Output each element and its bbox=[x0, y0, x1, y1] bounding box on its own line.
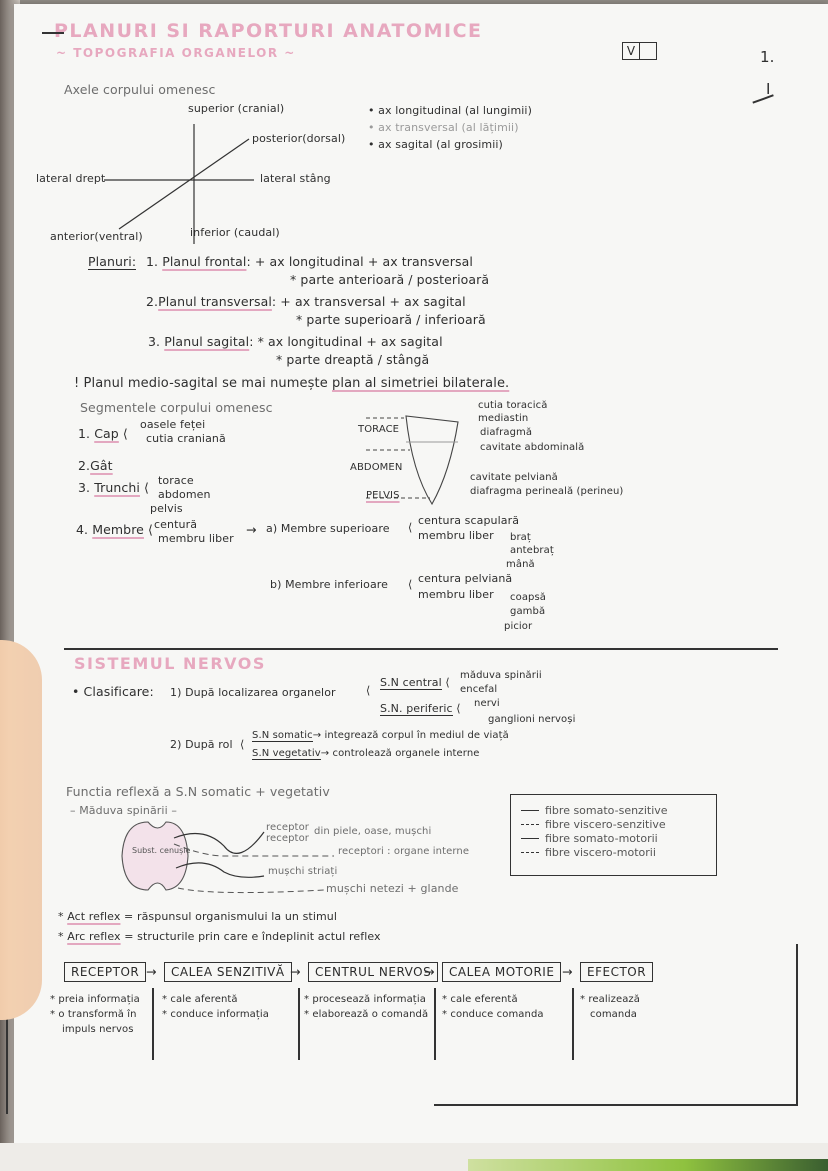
plane-3-name: Planul sagital bbox=[164, 334, 249, 349]
cns-part: encefal bbox=[460, 684, 497, 695]
trunk-label: cutia toracică bbox=[478, 400, 547, 411]
lower-limb-part: picior bbox=[504, 621, 532, 632]
check-box-cell-1: V bbox=[622, 42, 640, 60]
arc-arrow: → bbox=[562, 964, 573, 979]
plane-1-name: Planul frontal bbox=[162, 254, 246, 269]
arc-notes-effector: * realizează comanda bbox=[580, 992, 640, 1022]
somatic-ns: S.N somatic→ integrează corpul în mediul… bbox=[252, 730, 509, 741]
lower-limbs-label: b) Membre inferioare bbox=[270, 578, 388, 591]
axis-label-lateral-left: lateral stâng bbox=[260, 172, 331, 185]
upper-limb-part: mână bbox=[506, 559, 535, 570]
arc-step-sensory: CALEA SENZITIVĂ bbox=[164, 962, 292, 982]
plane-1-note: * parte anterioară / posterioară bbox=[290, 272, 489, 287]
brace: ⟨ bbox=[240, 738, 244, 751]
frame-bottom bbox=[434, 1104, 798, 1106]
segment-membre-child: membru liber bbox=[158, 532, 234, 545]
segment-membre: 4. Membre ⟨ bbox=[76, 522, 153, 537]
plane-2-note: * parte superioară / inferioară bbox=[296, 312, 486, 327]
segment-cap-child: oasele feței bbox=[140, 418, 205, 431]
segment-trunchi-child: abdomen bbox=[158, 488, 211, 501]
visceral-receptors: receptori : organe interne bbox=[338, 846, 469, 857]
arc-arrow: → bbox=[290, 964, 301, 979]
lower-limb-part: coapsă bbox=[510, 592, 546, 603]
trunk-label: diafragmă bbox=[480, 427, 532, 438]
axis-item: • ax longitudinal (al lungimii) bbox=[368, 102, 532, 119]
medio-sagittal-note: ! Planul medio-sagital se mai numește pl… bbox=[74, 376, 509, 391]
brace: ⟨ bbox=[366, 684, 370, 697]
arc-divider bbox=[434, 988, 436, 1060]
notebook-page: PLANURI SI RAPORTURI ANATOMICE ~ TOPOGRA… bbox=[14, 4, 828, 1144]
reflex-heading: Functia reflexă a S.N somatic + vegetati… bbox=[66, 784, 330, 799]
plane-1: 1. Planul frontal: + ax longitudinal + a… bbox=[146, 254, 473, 269]
trunk-label: cavitate abdominală bbox=[480, 442, 584, 453]
axis-label-superior: superior (cranial) bbox=[188, 102, 284, 115]
thumb bbox=[0, 640, 42, 1020]
arc-arrow: → bbox=[424, 964, 435, 979]
upper-limb-part: braț bbox=[510, 532, 531, 543]
arc-notes-sensory: * cale aferentă * conduce informația bbox=[162, 992, 269, 1022]
upper-free-limb: membru liber bbox=[418, 529, 494, 542]
legend-item: fibre viscero-motorii bbox=[511, 845, 716, 859]
arc-divider bbox=[152, 988, 154, 1060]
planes-label: Planuri: bbox=[88, 254, 136, 269]
segment-cap-child: cutia craniană bbox=[146, 432, 226, 445]
segment-trunchi-child: torace bbox=[158, 474, 194, 487]
by-location-label: 1) După localizarea organelor bbox=[170, 686, 336, 699]
by-role-label: 2) După rol bbox=[170, 738, 233, 751]
arc-notes-center: * procesează informația * elaborează o c… bbox=[304, 992, 428, 1022]
axis-label-posterior: posterior(dorsal) bbox=[252, 132, 345, 145]
frame-right bbox=[796, 944, 798, 1104]
arc-divider bbox=[298, 988, 300, 1060]
arc-step-center: CENTRUL NERVOS bbox=[308, 962, 438, 982]
lower-free-limb: membru liber bbox=[418, 588, 494, 601]
striated-muscle: mușchi striați bbox=[268, 866, 337, 877]
segment-cap: 1. Cap ⟨ bbox=[78, 426, 128, 441]
upper-limb-part: antebraț bbox=[510, 545, 554, 556]
segment-gat: 2.Gât bbox=[78, 458, 113, 473]
vegetative-ns: S.N vegetativ→ controlează organele inte… bbox=[252, 748, 480, 759]
plane-2-name: Planul transversal bbox=[158, 294, 272, 309]
axis-label-lateral-right: lateral drept bbox=[36, 172, 105, 185]
nervous-system-title: SISTEMUL NERVOS bbox=[74, 654, 266, 673]
trunk-label: diafragma perineală (perineu) bbox=[470, 486, 623, 497]
upper-limbs-label: a) Membre superioare bbox=[266, 522, 390, 535]
pns-label: S.N. periferic ⟨ bbox=[380, 702, 461, 715]
smooth-muscle: mușchi netezi + glande bbox=[326, 882, 459, 895]
check-box-cell-2 bbox=[640, 42, 657, 60]
legend-item: fibre viscero-senzitive bbox=[511, 817, 716, 831]
pns-part: nervi bbox=[474, 698, 500, 709]
numeral-underline bbox=[752, 94, 773, 103]
title-dash bbox=[42, 32, 64, 34]
arc-arrow: → bbox=[146, 964, 157, 979]
axis-item: • ax transversal (al lățimii) bbox=[368, 119, 532, 136]
receptor-label: receptor bbox=[266, 833, 309, 844]
classification-label: • Clasificare: bbox=[72, 684, 154, 699]
trunk-region: ABDOMEN bbox=[350, 462, 402, 473]
axis-item: • ax sagital (al grosimii) bbox=[368, 136, 532, 153]
axis-label-inferior: inferior (caudal) bbox=[190, 226, 280, 239]
legend-item: fibre somato-motorii bbox=[511, 831, 716, 845]
receptor-source: din piele, oase, mușchi bbox=[314, 826, 431, 837]
definition-arc-reflex: * Arc reflex = structurile prin care e î… bbox=[58, 930, 381, 943]
axes-list: • ax longitudinal (al lungimii) • ax tra… bbox=[368, 102, 532, 153]
section-divider bbox=[64, 648, 778, 650]
lower-girdle: centura pelviană bbox=[418, 572, 512, 585]
check-box: V bbox=[622, 42, 657, 60]
plane-3-note: * parte dreaptă / stângă bbox=[276, 352, 429, 367]
upper-girdle: centura scapulară bbox=[418, 514, 519, 527]
cns-part: măduva spinării bbox=[460, 670, 542, 681]
arc-step-receptor: RECEPTOR bbox=[64, 962, 146, 982]
page-number: 1. bbox=[760, 48, 775, 66]
brace: ⟨ bbox=[408, 521, 412, 534]
segments-heading: Segmentele corpului omenesc bbox=[80, 400, 273, 415]
lower-limb-part: gambă bbox=[510, 606, 545, 617]
arc-divider bbox=[572, 988, 574, 1060]
brace: ⟨ bbox=[408, 578, 412, 591]
trunk-region: PELVIS bbox=[366, 490, 400, 501]
grey-matter-label: Subst. cenușie bbox=[132, 846, 190, 855]
trunk-region: TORACE bbox=[358, 424, 399, 435]
trunk-label: cavitate pelviană bbox=[470, 472, 558, 483]
green-object bbox=[468, 1159, 828, 1171]
page-title: PLANURI SI RAPORTURI ANATOMICE bbox=[54, 20, 483, 42]
segment-membre-child: centură bbox=[154, 518, 197, 531]
page-subtitle: ~ TOPOGRAFIA ORGANELOR ~ bbox=[56, 46, 296, 60]
segment-trunchi-child: pelvis bbox=[150, 502, 183, 515]
axis-label-anterior: anterior(ventral) bbox=[50, 230, 143, 243]
trunk-label: mediastin bbox=[478, 413, 528, 424]
limbs-arrow: → bbox=[246, 522, 257, 537]
arc-notes-motor: * cale eferentă * conduce comanda bbox=[442, 992, 544, 1022]
plane-3: 3. Planul sagital: * ax longitudinal + a… bbox=[148, 334, 443, 349]
legend-item: fibre somato-senzitive bbox=[511, 803, 716, 817]
plane-2: 2.Planul transversal: + ax transversal +… bbox=[146, 294, 466, 309]
arc-step-effector: EFECTOR bbox=[580, 962, 653, 982]
pns-part: ganglioni nervoși bbox=[488, 714, 575, 725]
segment-trunchi: 3. Trunchi ⟨ bbox=[78, 480, 149, 495]
spinal-cord-diagram bbox=[114, 816, 344, 896]
arc-step-motor: CALEA MOTORIE bbox=[442, 962, 561, 982]
fiber-legend: fibre somato-senzitive fibre viscero-sen… bbox=[510, 794, 717, 876]
axes-heading: Axele corpului omenesc bbox=[64, 82, 215, 97]
cns-label: S.N central ⟨ bbox=[380, 676, 450, 689]
arc-notes-receptor: * preia informația * o transformă în imp… bbox=[50, 992, 140, 1037]
definition-act-reflex: * Act reflex = răspunsul organismului la… bbox=[58, 910, 337, 923]
receptor-label: receptor bbox=[266, 822, 309, 833]
